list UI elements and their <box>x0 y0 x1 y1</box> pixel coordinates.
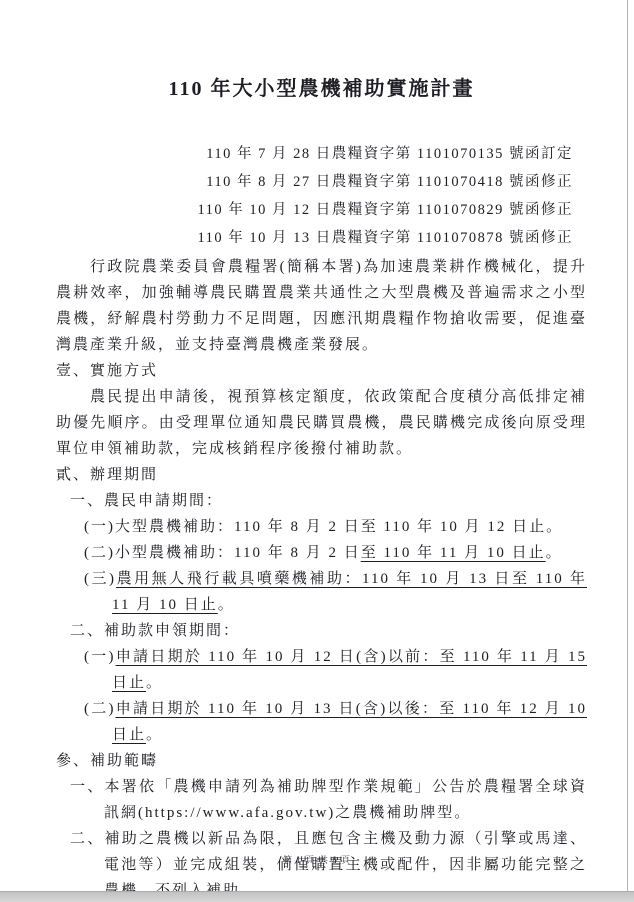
subitem-marker: (二) <box>84 701 116 717</box>
list-item: 一、本署依「農機申請列為補助牌型作業規範」公告於農糧署全球資訊網(https:/… <box>56 774 587 826</box>
page-number: 第 1 頁-共 8 頁 <box>0 853 634 866</box>
subitem-marker: (二) <box>84 545 115 561</box>
item-text: 補助款申領期間： <box>104 623 240 639</box>
document-body: 行政院農業委員會農糧署(簡稱本署)為加速農業耕作機械化，提升農耕效率，加強輔導農… <box>56 254 587 902</box>
document-title: 110 年大小型農機補助實施計畫 <box>56 76 587 103</box>
subitem-text: 。 <box>218 597 235 613</box>
document-content: 110 年大小型農機補助實施計畫 110 年 7 月 28 日農糧資字第 110… <box>56 0 587 902</box>
item-marker: 二、 <box>70 623 104 639</box>
section-3-heading: 參、補助範疇 <box>56 748 587 774</box>
subitem-text: 大型農機補助：110 年 8 月 2 日至 110 年 10 月 12 日止。 <box>115 519 563 535</box>
item-marker: 二、 <box>70 831 104 847</box>
list-subitem: (一)申請日期於 110 年 10 月 12 日(含)以前：至 110 年 11… <box>56 644 587 696</box>
list-subitem: (二)申請日期於 110 年 10 月 13 日(含)以後：至 110 年 12… <box>56 696 587 748</box>
subitem-underlined-text: 至 110 年 11 月 10 日止 <box>361 545 546 561</box>
subitem-underlined-text: 農用無人飛行載具噴藥機補助：110 年 10 月 13 日至 110 年 11 … <box>112 571 587 613</box>
subitem-text: 。 <box>146 675 163 691</box>
revision-line: 110 年 10 月 12 日農糧資字第 1101070829 號函修正 <box>56 196 573 224</box>
list-item: 二、補助款申領期間： <box>56 618 587 644</box>
revision-history: 110 年 7 月 28 日農糧資字第 1101070135 號函訂定 110 … <box>56 140 587 252</box>
revision-line: 110 年 8 月 27 日農糧資字第 1101070418 號函修正 <box>56 168 573 196</box>
subitem-marker: (三) <box>84 571 116 587</box>
list-subitem: (三)農用無人飛行載具噴藥機補助：110 年 10 月 13 日至 110 年 … <box>56 566 587 618</box>
item-marker: 一、 <box>70 493 104 509</box>
list-item: 一、農民申請期間： <box>56 488 587 514</box>
item-text: 農民申請期間： <box>104 493 223 509</box>
subitem-marker: (一) <box>84 519 115 535</box>
section-2-heading: 貳、辦理期間 <box>56 462 587 488</box>
section-1-heading: 壹、實施方式 <box>56 358 587 384</box>
subitem-text: 。 <box>146 727 163 743</box>
intro-paragraph: 行政院農業委員會農糧署(簡稱本署)為加速農業耕作機械化，提升農耕效率，加強輔導農… <box>56 254 587 358</box>
page-edge-right <box>627 0 628 891</box>
subitem-marker: (一) <box>84 649 116 665</box>
revision-line: 110 年 10 月 13 日農糧資字第 1101070878 號函修正 <box>56 224 573 252</box>
revision-line: 110 年 7 月 28 日農糧資字第 1101070135 號函訂定 <box>56 140 573 168</box>
item-text: 本署依「農機申請列為補助牌型作業規範」公告於農糧署全球資訊網(https://w… <box>104 779 587 821</box>
subitem-underlined-text: 申請日期於 110 年 10 月 13 日(含)以後：至 110 年 12 月 … <box>112 701 587 743</box>
section-1-paragraph: 農民提出申請後，視預算核定額度，依政策配合度積分高低排定補助優先順序。由受理單位… <box>56 384 587 462</box>
item-marker: 一、 <box>70 779 104 795</box>
list-subitem: (二)小型農機補助：110 年 8 月 2 日至 110 年 11 月 10 日… <box>56 540 587 566</box>
page-edge-bottom <box>0 891 634 902</box>
list-subitem: (一)大型農機補助：110 年 8 月 2 日至 110 年 10 月 12 日… <box>56 514 587 540</box>
document-page: 110 年大小型農機補助實施計畫 110 年 7 月 28 日農糧資字第 110… <box>0 0 634 902</box>
subitem-text: 。 <box>546 545 563 561</box>
subitem-text: 小型農機補助：110 年 8 月 2 日 <box>115 545 361 561</box>
subitem-underlined-text: 申請日期於 110 年 10 月 12 日(含)以前：至 110 年 11 月 … <box>112 649 587 691</box>
